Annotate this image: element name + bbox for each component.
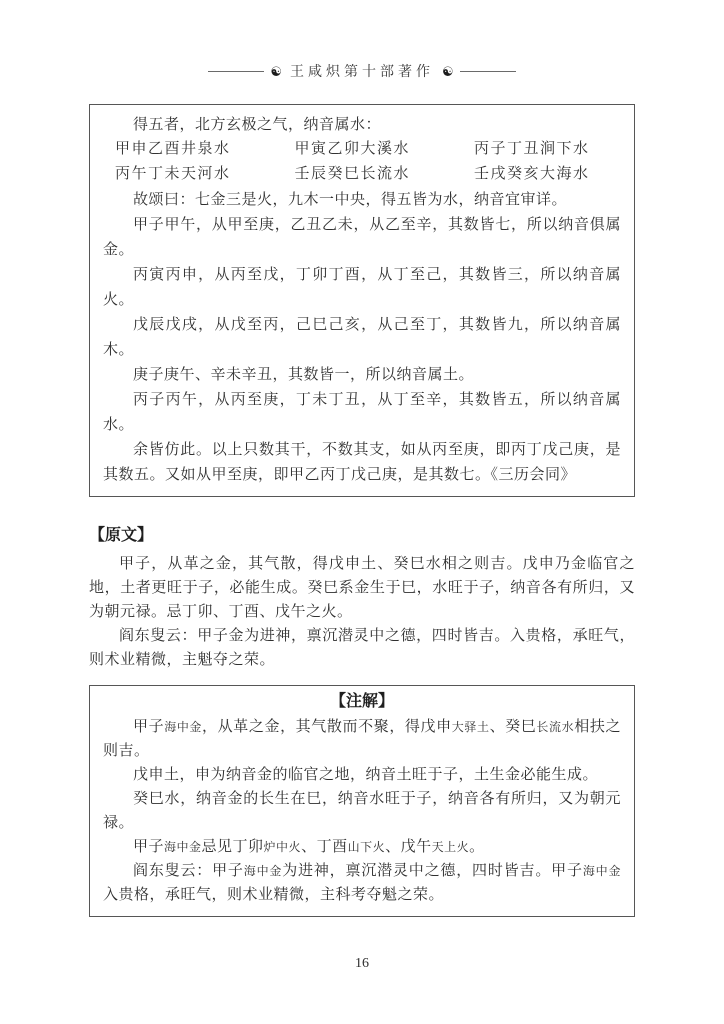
yinyang-icon-left: ☯ [270, 65, 282, 78]
nayin-entry: 甲申乙酉井泉水 [115, 137, 231, 162]
text-run: 庚子庚午、辛未辛丑，其数皆一，所以纳音属土。 [133, 366, 474, 383]
nayin-entry: 丙子丁丑涧下水 [474, 137, 590, 162]
text-run: 为进神，禀沉潜灵中之德，四时皆吉。甲子 [282, 862, 583, 879]
text-run: 、戊午 [385, 838, 432, 855]
yinyang-icon-right: ☯ [442, 65, 454, 78]
paragraph: 甲子甲午，从甲至庚，乙丑乙未，从乙至辛，其数皆七，所以纳音俱属金。 [103, 212, 621, 262]
text-run: ，从革之金，其气散而不聚，得戊申 [202, 718, 452, 735]
text-run: 甲子 [133, 718, 164, 735]
nayin-name-annotation: 大驿土 [452, 720, 490, 734]
nayin-name-annotation: 海中 [583, 864, 609, 878]
paragraph: 甲子海中金忌见丁卯炉中火、丁酉山下火、戊午天上火。 [103, 835, 621, 859]
text-run: 甲子，从革之金，其气散，得戊申土、癸巳水相之则吉。戊申乃金临官之地，土者更旺于子… [89, 555, 635, 620]
nayin-name-annotation: 长流水 [536, 720, 574, 734]
annotation-section-heading: 【注解】 [103, 689, 621, 715]
text-run: 。 [469, 838, 485, 855]
text-run: 癸巳水，纳音金的长生在巳，纳音水旺于子，纳音各有所归，又为朝元禄。 [103, 790, 621, 831]
original-section-body: 甲子，从革之金，其气散，得戊申土、癸巳水相之则吉。戊申乃金临官之地，土者更旺于子… [89, 552, 635, 672]
paragraph: 得五者，北方玄极之气，纳音属水： [103, 112, 621, 137]
nayin-name-annotation: 海中金 [164, 840, 202, 854]
header-rule-right [460, 71, 516, 72]
paragraph: 甲子，从革之金，其气散，得戊申土、癸巳水相之则吉。戊申乃金临官之地，土者更旺于子… [89, 552, 635, 624]
paragraph: 戊申土，申为纳音金的临官之地，纳音土旺于子，土生金必能生成。 [103, 763, 621, 787]
nayin-entry: 壬戌癸亥大海水 [474, 162, 590, 187]
text-run: 得五者，北方玄极之气，纳音属水： [133, 116, 381, 133]
quote-box-nayin-water: 得五者，北方玄极之气，纳音属水：甲申乙酉井泉水甲寅乙卯大溪水丙子丁丑涧下水丙午丁… [89, 104, 635, 497]
text-run: 、癸巳 [490, 718, 537, 735]
nayin-name-annotation: 金 [608, 864, 621, 878]
nayin-entry: 丙午丁未天河水 [115, 162, 231, 187]
page-header-title: 王咸炽第十部著作 [290, 61, 434, 81]
page-number: 16 [355, 956, 369, 971]
page-footer: 16 [0, 956, 724, 972]
nayin-table-row: 甲申乙酉井泉水甲寅乙卯大溪水丙子丁丑涧下水 [103, 137, 621, 162]
nayin-table-row: 丙午丁未天河水壬辰癸巳长流水壬戌癸亥大海水 [103, 162, 621, 187]
nayin-entry: 壬辰癸巳长流水 [295, 162, 411, 187]
text-run: 阎东叟云：甲子金为进神，禀沉潜灵中之德，四时皆吉。入贵格，承旺气，则术业精微，主… [89, 627, 635, 668]
text-run: 甲子 [133, 838, 164, 855]
nayin-name-annotation: 海中金 [244, 864, 282, 878]
text-run: 故颂曰：七金三是火，九木一中央，得五皆为水，纳音宜审详。 [133, 191, 567, 208]
paragraph: 甲子海中金，从革之金，其气散而不聚，得戊申大驿土、癸巳长流水相扶之则吉。 [103, 715, 621, 763]
text-run: 入贵格，承旺气，则术业精微，主科考夺魁之荣。 [103, 886, 444, 903]
header-rule-left [208, 71, 264, 72]
original-section: 【原文】 甲子，从革之金，其气散，得戊申土、癸巳水相之则吉。戊申乃金临官之地，土… [89, 523, 635, 672]
text-run: 戊申土，申为纳音金的临官之地，纳音土旺于子，土生金必能生成。 [133, 766, 598, 783]
text-run: 甲子甲午，从甲至庚，乙丑乙未，从乙至辛，其数皆七，所以纳音俱属金。 [103, 216, 621, 258]
text-run: 丙子丙午，从丙至庚，丁未丁丑，从丁至辛，其数皆五，所以纳音属水。 [103, 391, 621, 433]
text-run: 戊辰戊戌，从戊至丙，己巳己亥，从己至丁，其数皆九，所以纳音属木。 [103, 316, 621, 358]
text-run: 丙寅丙申，从丙至戊，丁卯丁酉，从丁至己，其数皆三，所以纳音属火。 [103, 266, 621, 308]
document-page: ☯ 王咸炽第十部著作 ☯ 得五者，北方玄极之气，纳音属水：甲申乙酉井泉水甲寅乙卯… [0, 0, 724, 1024]
nayin-entry: 甲寅乙卯大溪水 [295, 137, 411, 162]
text-run: 阎东叟云：甲子 [133, 862, 244, 879]
paragraph: 庚子庚午、辛未辛丑，其数皆一，所以纳音属土。 [103, 362, 621, 387]
paragraph: 故颂曰：七金三是火，九木一中央，得五皆为水，纳音宜审详。 [103, 187, 621, 212]
annotation-section-body: 甲子海中金，从革之金，其气散而不聚，得戊申大驿土、癸巳长流水相扶之则吉。戊申土，… [103, 715, 621, 907]
paragraph: 丙子丙午，从丙至庚，丁未丁丑，从丁至辛，其数皆五，所以纳音属水。 [103, 387, 621, 437]
paragraph: 戊辰戊戌，从戊至丙，己巳己亥，从己至丁，其数皆九，所以纳音属木。 [103, 312, 621, 362]
nayin-name-annotation: 山下火 [348, 840, 386, 854]
original-section-heading: 【原文】 [89, 523, 635, 549]
nayin-name-annotation: 炉中火 [264, 840, 302, 854]
nayin-name-annotation: 天上火 [432, 840, 470, 854]
paragraph: 癸巳水，纳音金的长生在巳，纳音水旺于子，纳音各有所归，又为朝元禄。 [103, 787, 621, 835]
page-header: ☯ 王咸炽第十部著作 ☯ [0, 60, 724, 82]
text-run: 余皆仿此。以上只数其干，不数其支，如从丙至庚，即丙丁戊己庚，是其数五。又如从甲至… [103, 441, 621, 483]
text-run: 忌见丁卯 [202, 838, 264, 855]
paragraph: 丙寅丙申，从丙至戊，丁卯丁酉，从丁至己，其数皆三，所以纳音属火。 [103, 262, 621, 312]
annotation-box: 【注解】 甲子海中金，从革之金，其气散而不聚，得戊申大驿土、癸巳长流水相扶之则吉… [89, 685, 635, 917]
paragraph: 阎东叟云：甲子海中金为进神，禀沉潜灵中之德，四时皆吉。甲子海中金入贵格，承旺气，… [103, 859, 621, 907]
paragraph: 阎东叟云：甲子金为进神，禀沉潜灵中之德，四时皆吉。入贵格，承旺气，则术业精微，主… [89, 624, 635, 672]
text-run: 、丁酉 [301, 838, 348, 855]
nayin-name-annotation: 海中金 [164, 720, 202, 734]
paragraph: 余皆仿此。以上只数其干，不数其支，如从丙至庚，即丙丁戊己庚，是其数五。又如从甲至… [103, 437, 621, 487]
